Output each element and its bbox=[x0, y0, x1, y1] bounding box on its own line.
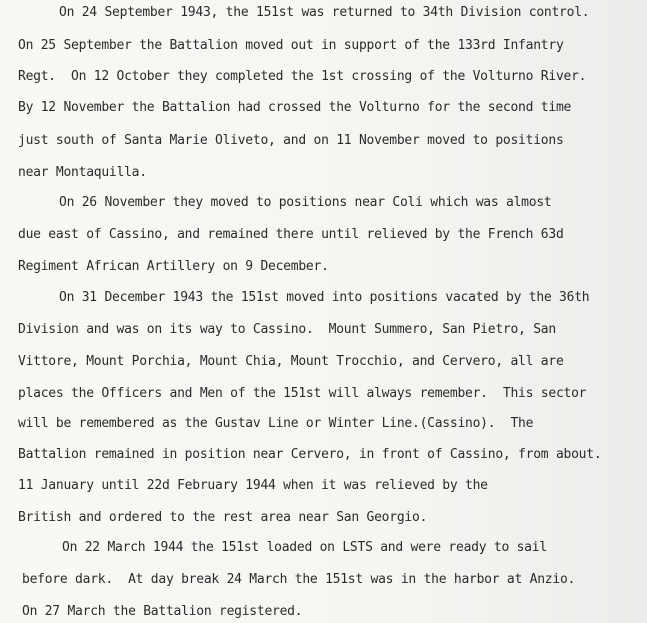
text-line: Vittore, Mount Porchia, Mount Chia, Moun… bbox=[18, 354, 564, 370]
text-line: On 25 September the Battalion moved out … bbox=[18, 38, 564, 54]
text-line: before dark. At day break 24 March the 1… bbox=[22, 572, 575, 588]
text-line: will be remembered as the Gustav Line or… bbox=[18, 416, 533, 432]
text-line: 11 January until 22d February 1944 when … bbox=[18, 478, 488, 494]
text-line: just south of Santa Marie Oliveto, and o… bbox=[18, 133, 564, 149]
text-line: places the Officers and Men of the 151st… bbox=[18, 386, 586, 402]
text-line: British and ordered to the rest area nea… bbox=[18, 510, 427, 526]
text-line: On 24 September 1943, the 151st was retu… bbox=[59, 5, 589, 21]
text-line: Regt. On 12 October they completed the 1… bbox=[18, 69, 586, 85]
typewritten-page: On 24 September 1943, the 151st was retu… bbox=[0, 0, 647, 623]
text-line: On 26 November they moved to positions n… bbox=[59, 195, 551, 211]
text-line: Regiment African Artillery on 9 December… bbox=[18, 259, 329, 275]
text-line: On 27 March the Battalion registered. bbox=[22, 604, 302, 620]
text-line: Division and was on its way to Cassino. … bbox=[18, 322, 556, 338]
text-line: On 22 March 1944 the 151st loaded on LST… bbox=[62, 540, 547, 556]
text-line: near Montaquilla. bbox=[18, 165, 147, 181]
text-line: By 12 November the Battalion had crossed… bbox=[18, 100, 571, 116]
text-line: due east of Cassino, and remained there … bbox=[18, 227, 564, 243]
text-line: On 31 December 1943 the 151st moved into… bbox=[59, 290, 589, 306]
text-line: Battalion remained in position near Cerv… bbox=[18, 447, 601, 463]
